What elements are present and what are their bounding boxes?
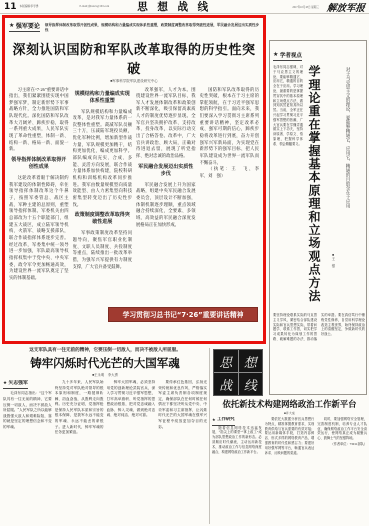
soul-article-column-3: 铸牢大国军魂，必须坚持用党的创新理论武装官兵，深入学习贯彻习近平强军思想，打牢高… bbox=[107, 380, 156, 488]
soul-article-headline: 铸牢闪烁时代光芒的大国军魂 bbox=[3, 355, 207, 371]
main-article-intro: 领导指挥体制改革取得开创性成果，规模结构和力量编成实现体系性重塑，政策制度调整改… bbox=[45, 23, 259, 34]
scholar-article-content: 毛泽东同志强调，对于马克思主义的理论，要能够精通它、应用它，精通的目的全在于应用… bbox=[273, 63, 363, 398]
page-header: 11 本版编辑/李学勇 E-mail:jfjbsxzx@163.com 思 想 … bbox=[0, 0, 369, 14]
scholar-vertical-headline: 学理论重在掌握基本原理和立场观点方法 bbox=[306, 65, 323, 307]
masthead-logo: 解放军报 bbox=[326, 0, 365, 14]
star-icon: ★ bbox=[212, 418, 216, 422]
issue-date: 2017年10月18日 星期三 bbox=[292, 5, 319, 9]
column-label-shizhi: ★ 矢志强军 bbox=[3, 380, 28, 389]
newspaper-page: 11 本版编辑/李学勇 E-mail:jfjbsxzx@163.com 思 想 … bbox=[0, 0, 369, 526]
main-article-column-1: 习主席在“7·26”重要讲话中指出，我们紧紧围绕实现中国梦强军梦，制定新形势下军… bbox=[9, 87, 69, 323]
main-article-top: ★ 强军要论 领导指挥体制改革取得开创性成果，规模结构和力量编成实现体系性重塑，… bbox=[9, 21, 259, 34]
main-article-column-3: 改革强军，人才为本。围绕建设世界一流军队目标，我军人才发展体制改革和政策创新不断… bbox=[136, 87, 196, 323]
calligraphy-char: 战 bbox=[214, 373, 238, 395]
soul-article-column-1: ★ 矢志强军 毛泽东同志指出：“这个军队具有一往无前的精神，它要压倒一切敌人，而… bbox=[3, 380, 52, 488]
subheading: 领导指挥体制改革取得开创性成果 bbox=[11, 157, 67, 171]
column-label-xuezhe: ★ 学者视点 bbox=[273, 51, 302, 61]
main-article-body: 习主席在“7·26”重要讲话中指出，我们紧紧围绕实现中国梦强军梦，制定新形势下军… bbox=[9, 87, 259, 323]
scholar-byline: ■王 强 bbox=[331, 253, 336, 267]
main-article: ★ 强军要论 领导指挥体制改革取得开创性成果，规模结构和力量编成实现体系性重塑，… bbox=[2, 15, 266, 344]
body-paragraph: 随着信息网络技术迅猛发展，“指尖上的课堂”“掌上政工”成为部队思想政治工作的新形… bbox=[212, 426, 262, 455]
main-article-byline: ■军事科学院军队建设研究中心 bbox=[9, 79, 259, 84]
star-icon: ★ bbox=[9, 23, 14, 29]
soul-article-column-4: 要传承红色基因，弘扬光荣传统和优良作风，严格落实军委主席负责制各项制度规定，确保… bbox=[158, 380, 207, 488]
tech-article-column-2: 要依托大数据分析官兵思想行为特点，精准掌握教育需求，实现教育供给与官兵需要的有效… bbox=[265, 417, 315, 513]
star-icon: ★ bbox=[3, 381, 7, 386]
tech-article: 依托新技术构建网络政治工作新平台 ■许大成 ★ 工作研究 随着信息网络技术迅猛发… bbox=[212, 398, 367, 524]
tech-article-column-3: 同时，要加强网络安全管理，完善制度机制，培养专业人才队伍，确保网络政治工作平台安… bbox=[317, 417, 367, 513]
main-article-headline: 深刻认识国防和军队改革取得的历史性突破 bbox=[9, 39, 259, 77]
author-unit-note: （作者单位：73011部队） bbox=[317, 442, 367, 447]
body-paragraph: 军队规模结构和力量编成改革，是对我军力量体系的一次整体性重塑。裁减军队员额三十万… bbox=[73, 109, 133, 209]
scholar-body-column: 毛泽东同志强调，对于马克思主义的理论，要能够精通它、应用它，精通的目的全在于应用… bbox=[273, 65, 303, 305]
scholar-article: ★ 学者视点 毛泽东同志强调，对于马克思主义的理论，要能够精通它、应用它，精通的… bbox=[269, 40, 367, 395]
tech-article-column-1: ★ 工作研究 随着信息网络技术迅猛发展，“指尖上的课堂”“掌上政工”成为部队思想… bbox=[212, 417, 262, 513]
column-label-text: 矢志强军 bbox=[9, 380, 28, 387]
soul-article-byline: ■王永明 李大勇 bbox=[3, 372, 207, 377]
slogan-banner: 学习贯彻习总书记“7·26”重要讲话精神 bbox=[108, 307, 258, 322]
body-paragraph: 铸牢大国军魂，必须坚持用党的创新理论武装官兵，深入学习贯彻习近平强军思想，打牢高… bbox=[107, 380, 156, 419]
subheading: 规模结构和力量编成实现体系性重塑 bbox=[75, 91, 131, 105]
column-label-text: 学者视点 bbox=[280, 51, 302, 59]
author-note: （执笔：王 飞、李 军、刘 强） bbox=[200, 166, 260, 179]
section-title: 思 想 战 线 bbox=[137, 0, 211, 14]
body-paragraph: 军民融合发展上升为国家战略，组建中央军民融合发展委员会，顶层设计不断加强，体制机… bbox=[136, 182, 196, 229]
body-paragraph: 国防和军队改革取得的历史性突破，根本在于习主席的掌舵领航，在于习近平强军思想的科… bbox=[200, 87, 260, 167]
subheading: 政策制度调整改革取得突破性进展 bbox=[75, 212, 131, 226]
scholar-body-bottom: 要坚持理论联系实际的马克思主义学风，紧密结合部队建设实际和官兵思想实际，带着问题… bbox=[273, 313, 365, 397]
body-paragraph: 要传承红色基因，弘扬光荣传统和优良作风，严格落实军委主席负责制各项制度规定，确保… bbox=[158, 380, 207, 430]
star-icon: ★ bbox=[273, 52, 278, 58]
body-paragraph: 军事政策制度改革坚持问题导向，聚焦军官职业化制度、文职人员制度、兵役制度等重点，… bbox=[73, 230, 133, 270]
column-label-gongzuo: ★ 工作研究 bbox=[212, 417, 235, 426]
main-article-column-2: 规模结构和力量编成实现体系性重塑 军队规模结构和力量编成改革，是对我军力量体系的… bbox=[73, 87, 133, 323]
body-paragraph: 这轮改革着眼于解决制约我军建设的体制性障碍，牵住领导指挥体制改革这个牛鼻子，按照… bbox=[9, 175, 69, 282]
tech-article-body: ★ 工作研究 随着信息网络技术迅猛发展，“指尖上的课堂”“掌上政工”成为部队思想… bbox=[212, 417, 367, 513]
body-paragraph: 九十多年来，人民军队始终坚持党对军队绝对领导的根本原则和制度，一路披荆斩棘、浴血… bbox=[55, 380, 104, 436]
tech-article-byline: ■许大成 bbox=[212, 411, 367, 415]
column-label-text: 工作研究 bbox=[217, 417, 235, 424]
body-paragraph: 同时，要加强网络安全管理，完善制度机制，培养专业人才队伍，确保网络政治工作平台安… bbox=[317, 417, 367, 441]
edition-note: 本版编辑/李学勇 bbox=[20, 5, 54, 8]
soul-article-body: ★ 矢志强军 毛泽东同志指出：“这个军队具有一往无前的精神，它要压倒一切敌人，而… bbox=[3, 380, 207, 488]
soul-article: 这支军队具有一往无前的精神，它要压倒一切敌人，而决不被敌人所屈服。 铸牢闪烁时代… bbox=[3, 347, 207, 524]
body-paragraph: 要依托大数据分析官兵思想行为特点，精准掌握教育需求，实现教育供给与官兵需要的有效… bbox=[265, 417, 315, 455]
calligraphy-char: 想 bbox=[239, 350, 263, 372]
body-paragraph: 毛泽东同志指出：“这个军队具有一往无前的精神，它要压倒一切敌人，而决不被敌人所屈… bbox=[3, 391, 52, 430]
body-paragraph: 改革强军，人才为本。围绕建设世界一流军队目标，我军人才发展体制改革和政策创新不断… bbox=[136, 87, 196, 160]
column-label-qiangjun: ★ 强军要论 bbox=[9, 21, 40, 32]
scholar-vertical-subtitle: 对于马克思主义的理论，要能够精通它、应用它，精通的目的全在于应用 bbox=[345, 67, 352, 292]
soul-article-quote: 这支军队具有一往无前的精神，它要压倒一切敌人，而决不被敌人所屈服。 bbox=[3, 347, 207, 353]
vertical-divider bbox=[209, 348, 210, 524]
calligraphy-char: 思 bbox=[214, 350, 238, 372]
column-label-text: 强军要论 bbox=[16, 21, 40, 30]
calligraphy-artwork: 思 想 战 线 bbox=[213, 349, 263, 396]
soul-article-column-2: 九十多年来，人民军队始终坚持党对军队绝对领导的根本原则和制度，一路披荆斩棘、浴血… bbox=[55, 380, 104, 488]
main-article-column-4: 国防和军队改革取得的历史性突破，根本在于习主席的掌舵领航，在于习近平强军思想的科… bbox=[200, 87, 260, 323]
calligraphy-char: 线 bbox=[239, 373, 263, 395]
body-paragraph: 习主席在“7·26”重要讲话中指出，我们紧紧围绕实现中国梦强军梦，制定新形势下军… bbox=[9, 87, 69, 154]
page-number: 11 bbox=[4, 2, 17, 12]
tech-article-headline: 依托新技术构建网络政治工作新平台 bbox=[212, 398, 367, 410]
contact-email: E-mail:jfjbsxzx@163.com bbox=[80, 5, 110, 8]
subheading: 军民融合发展迈出实质性步伐 bbox=[138, 164, 194, 178]
